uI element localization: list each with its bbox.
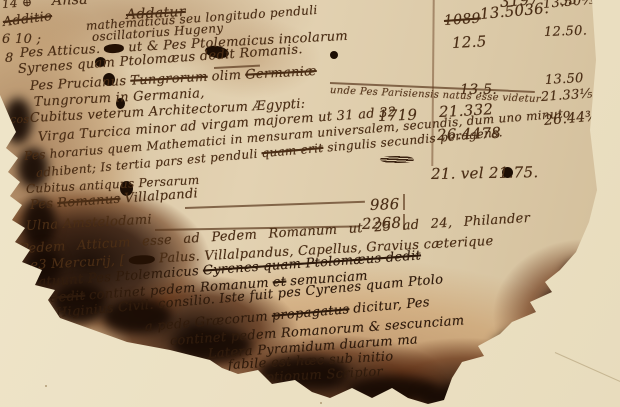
figure: 26.44¾ [543, 108, 600, 129]
scribble-strikeout [129, 255, 155, 265]
margin-note-struck: Additio [2, 9, 53, 30]
char-burn-mark [492, 330, 562, 366]
speck [45, 385, 47, 387]
scribble-strikeout [104, 44, 124, 54]
paper-crease [555, 352, 620, 390]
struck-word: Germaniæ [245, 64, 317, 83]
struck-word: Romanus [57, 192, 121, 211]
ink-blot [330, 51, 338, 59]
figure: 13.50⅓ [542, 0, 595, 12]
ink-tick [403, 194, 405, 210]
figure: 986 [370, 195, 400, 214]
speck [320, 402, 322, 404]
figure: 12.50. [544, 23, 588, 39]
figure: 26.4478 [437, 124, 502, 144]
figure: 12.5 [452, 32, 488, 52]
figure-struck: 1089 [443, 10, 481, 29]
char-burn-mark [418, 386, 478, 407]
char-burn-mark [542, 288, 597, 330]
line-text: Pes [29, 196, 53, 213]
margin-note: 8 [5, 51, 14, 66]
figure: 2268 [362, 214, 402, 233]
margin-note: cos [10, 113, 29, 126]
margin-note: 14 ⊕ [2, 0, 33, 11]
struck-word: quam erit [261, 141, 324, 160]
struck-word: propagatus [271, 302, 350, 324]
char-burn-mark [563, 260, 598, 290]
figure: 13.50 [545, 71, 584, 88]
manuscript-line: Ansa [52, 0, 88, 9]
figure: 21.33⅕ [540, 86, 593, 105]
figure: 13.5036. [479, 0, 550, 23]
figure: 21.332 [439, 100, 494, 121]
scribble-strikeout [380, 156, 414, 163]
figure: 13.5. [460, 82, 497, 98]
manuscript-photo: 14 ⊕ Additio 6 10 ; 8 cos Ansa Addatur m… [0, 0, 620, 407]
line-text: olim [211, 68, 241, 85]
ink-rule [185, 201, 365, 209]
figure: 21. vel 21.75. [431, 163, 539, 183]
burnt-manuscript-page: 14 ⊕ Additio 6 10 ; 8 cos Ansa Addatur m… [0, 0, 620, 407]
figure: 1719 [378, 106, 418, 125]
line-text: dicitur, Pes [353, 295, 431, 317]
